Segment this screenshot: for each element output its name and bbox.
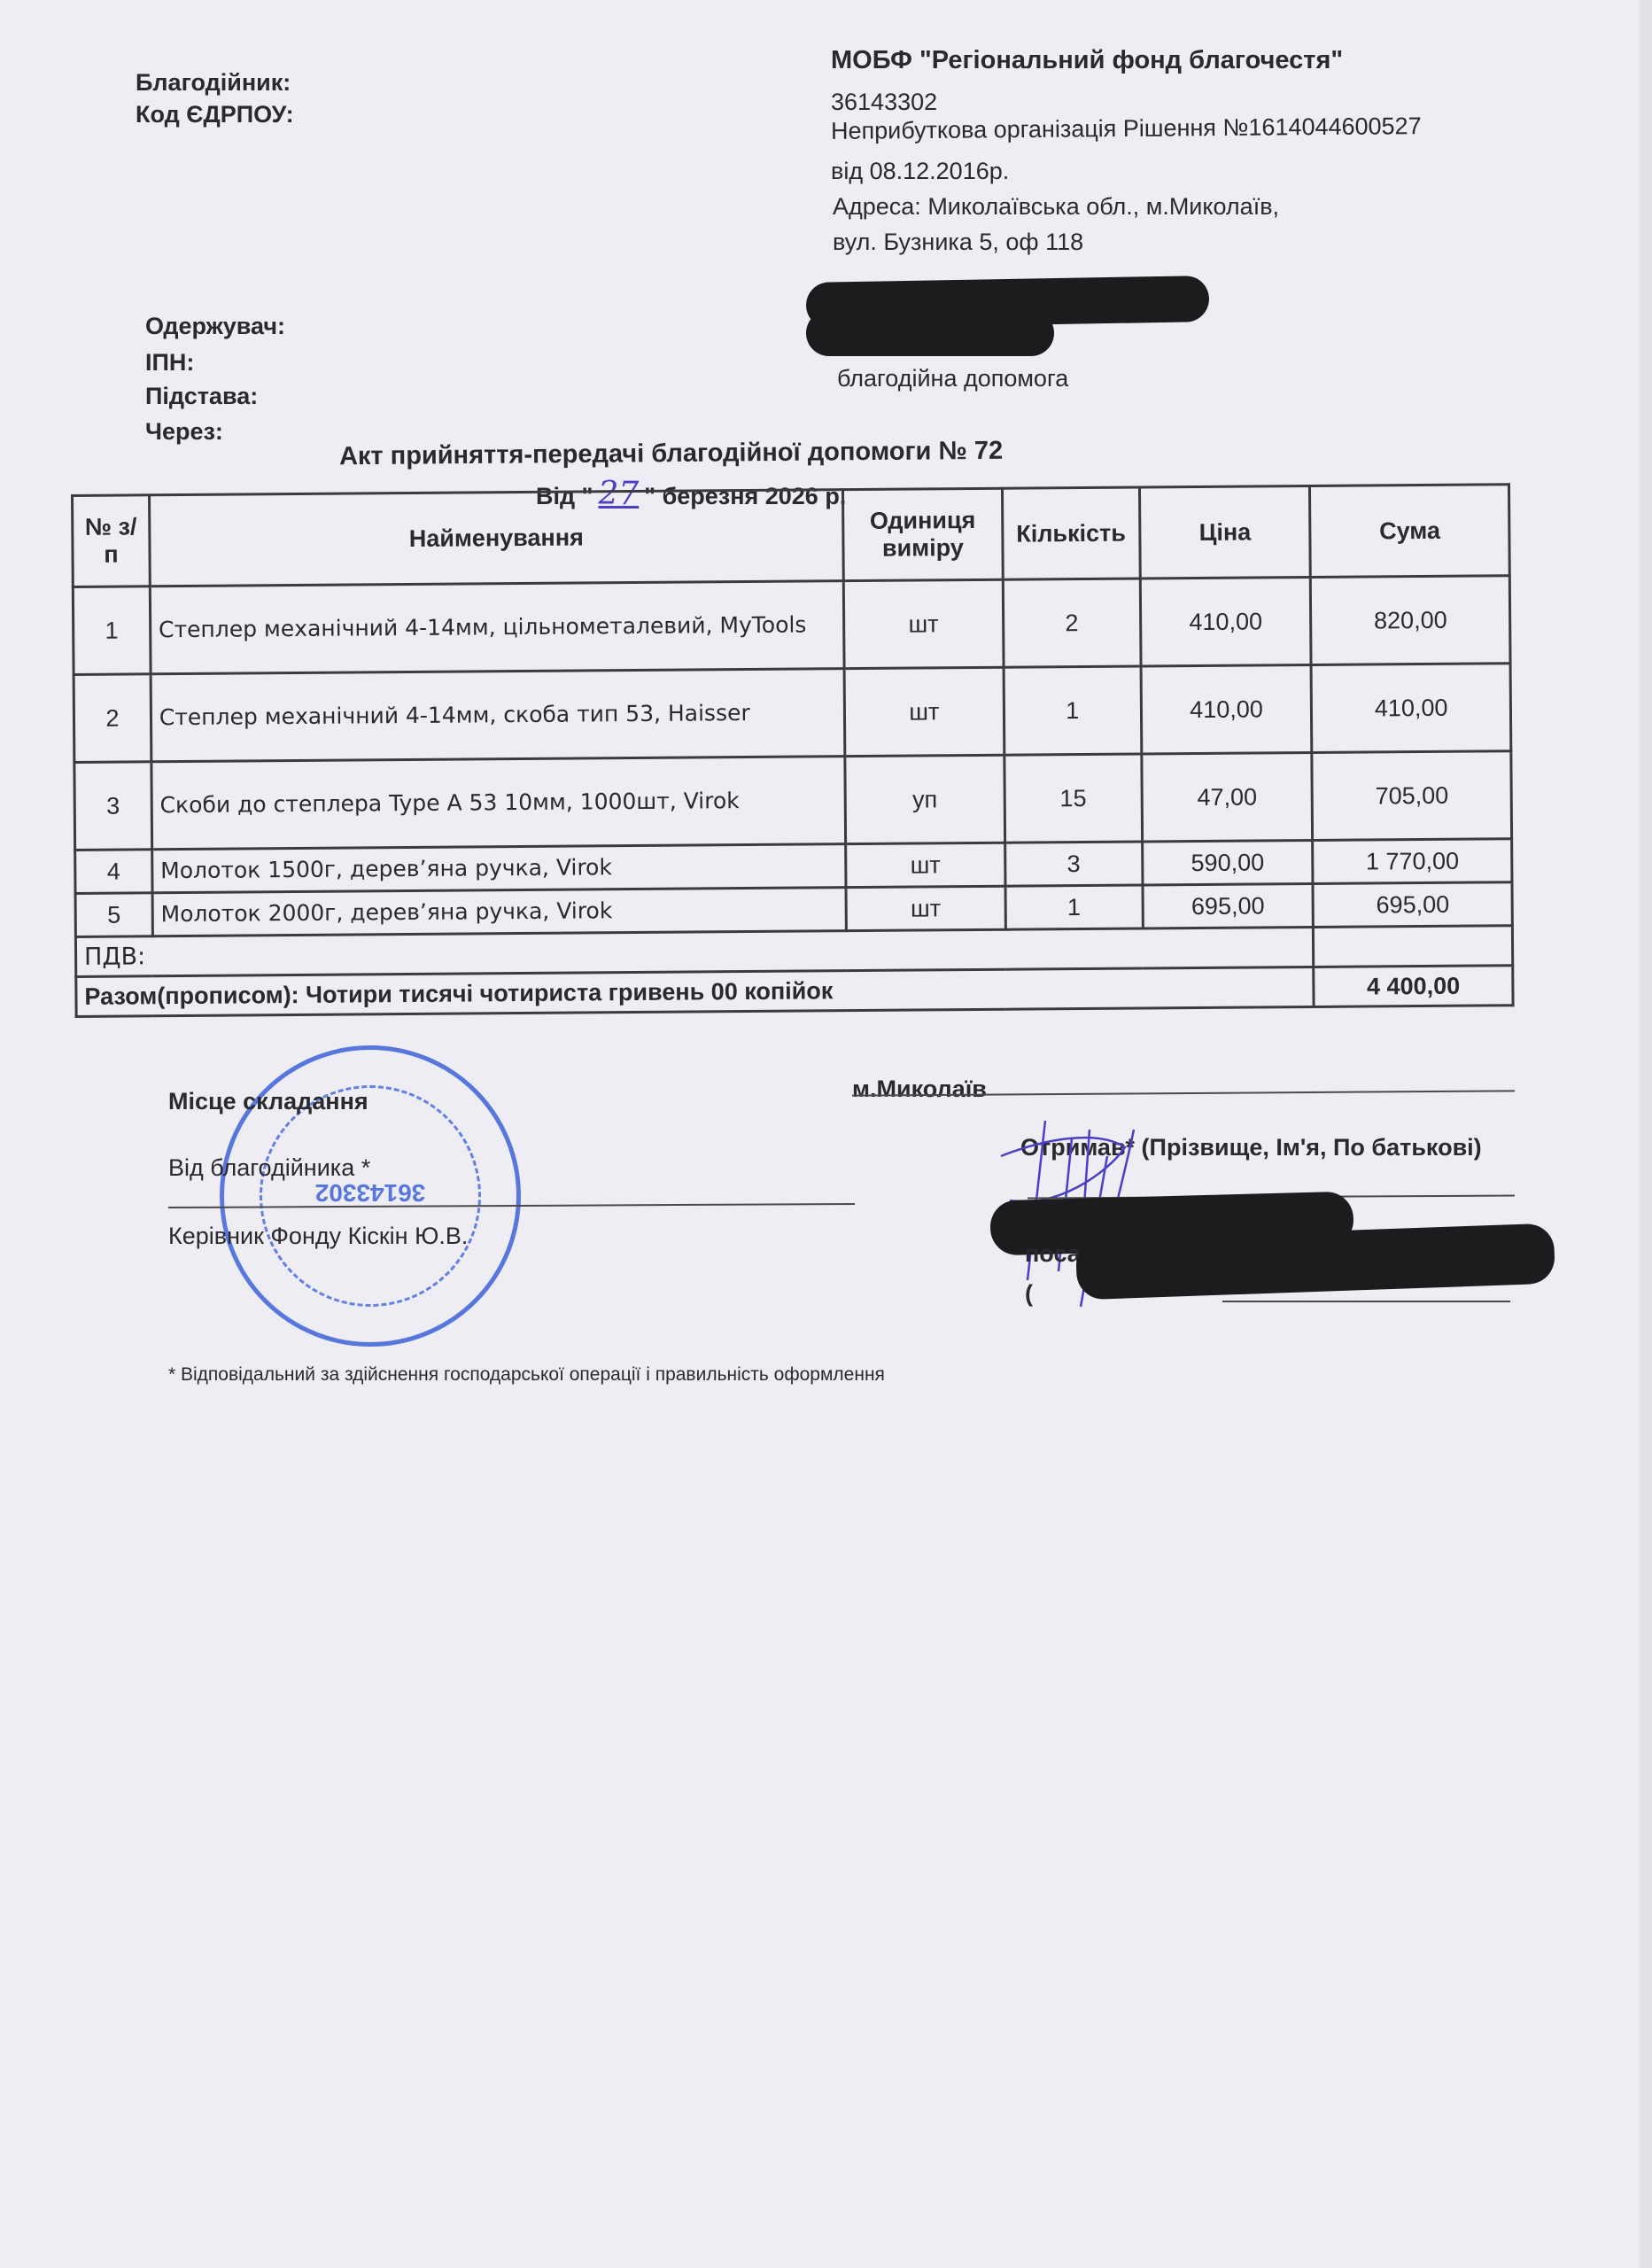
row-unit: уп [845,755,1005,843]
row-name: Скоби до степлера Type A 53 10мм, 1000шт… [151,757,846,850]
row-price: 695,00 [1143,883,1314,928]
paren-label: ( [1025,1280,1033,1308]
row-qty: 15 [1004,754,1143,843]
row-sum: 410,00 [1311,664,1510,753]
redacted-recipient-ipn [806,310,1054,356]
row-num: 2 [74,674,151,763]
total-label: Разом(прописом): Чотири тисячі чотириста… [76,967,1315,1016]
row-qty: 2 [1003,579,1141,667]
row-price: 590,00 [1142,841,1313,886]
row-qty: 1 [1004,666,1142,755]
position-line [1222,1301,1510,1302]
row-name: Молоток 2000г, дерев’яна ручка, Virok [152,888,846,936]
header-num: № з/п [73,495,151,587]
row-qty: 3 [1004,842,1142,886]
header-price: Ціна [1139,486,1310,579]
row-sum: 705,00 [1312,751,1511,841]
via-label: Через: [145,418,223,446]
head-of-fund: Керівник Фонду Кіскін Ю.В. [168,1223,468,1250]
row-num: 5 [75,893,152,937]
row-price: 47,00 [1142,753,1313,843]
ipn-label: ІПН: [145,349,194,377]
vat-value [1314,926,1513,967]
header-name: Найменування [149,490,843,586]
basis-value: благодійна допомога [837,365,1068,392]
place-value: м.Миколаїв [852,1076,987,1103]
stamp-code: 36143302 [224,1178,516,1207]
row-name: Степлер механічний 4-14мм, скоба тип 53,… [151,669,845,762]
row-name: Степлер механічний 4-14мм, цільнометалев… [150,581,844,674]
code-label: Код ЄДРПОУ: [136,101,294,128]
table-header-row: № з/п Найменування Одиниця виміру Кількі… [73,485,1510,587]
place-label: Місце складання [168,1088,368,1115]
row-unit: шт [844,667,1004,756]
row-num: 4 [75,850,152,894]
act-title: Акт прийняття-передачі благодійної допом… [339,437,1003,472]
basis-label: Підстава: [145,383,258,410]
donor-name: МОБФ "Регіональний фонд благочестя" [831,46,1343,75]
header-unit: Одиниця виміру [842,488,1003,580]
row-sum: 1 770,00 [1313,839,1512,884]
row-qty: 1 [1005,885,1143,929]
row-sum: 820,00 [1311,576,1510,665]
row-num: 3 [74,762,152,850]
row-unit: шт [846,886,1005,930]
row-price: 410,00 [1141,665,1312,755]
row-num: 1 [73,586,151,675]
header-qty: Кількість [1002,487,1140,579]
recipient-label: Одержувач: [145,313,285,340]
donor-nonprofit-decision: Неприбуткова організація Рішення №161404… [831,113,1422,145]
table-row: 1 Степлер механічний 4-14мм, цільнометал… [73,576,1510,675]
donor-label: Благодійник: [136,69,291,97]
row-price: 410,00 [1140,578,1311,667]
donor-code: 36143302 [831,89,937,116]
donor-address-line1: Адреса: Миколаївська обл., м.Миколаїв, [833,193,1279,221]
header-sum: Сума [1310,485,1509,578]
from-donor-label: Від благодійника * [168,1154,370,1182]
table-row: 3 Скоби до степлера Type A 53 10мм, 1000… [74,751,1512,850]
table-row: 2 Степлер механічний 4-14мм, скоба тип 5… [74,664,1511,763]
footnote: * Відповідальний за здійснення господарс… [168,1364,885,1386]
row-sum: 695,00 [1313,882,1512,928]
donor-decision-date: від 08.12.2016р. [831,158,1009,185]
scan-page-edge [1640,0,1652,2268]
row-name: Молоток 1500г, дерев’яна ручка, Virok [152,844,846,893]
items-table: № з/п Найменування Одиниця виміру Кількі… [71,483,1515,1018]
donor-address-line2: вул. Бузника 5, оф 118 [833,229,1083,256]
row-unit: шт [843,579,1004,668]
total-value: 4 400,00 [1314,966,1513,1007]
row-unit: шт [846,843,1005,887]
